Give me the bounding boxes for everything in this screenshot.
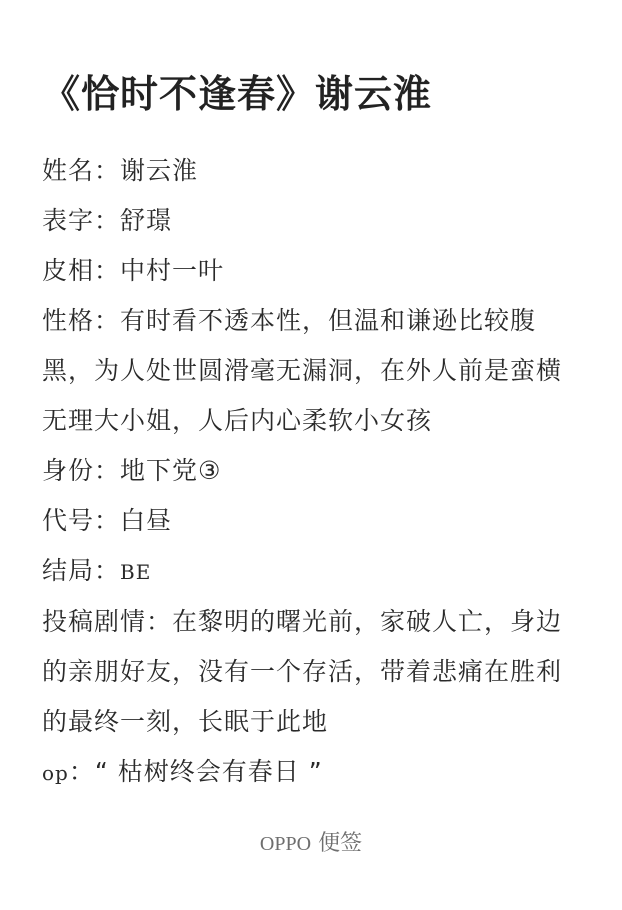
field-label: 皮相 <box>42 256 94 285</box>
field-separator: ： <box>94 256 120 285</box>
field-value: 白昼 <box>120 506 172 535</box>
field-value: 舒璟 <box>120 206 172 235</box>
field-separator: ： <box>146 607 172 636</box>
field-label: 姓名 <box>42 156 94 185</box>
field-ending: 结局：BE <box>42 546 582 597</box>
field-separator: ： <box>94 556 120 585</box>
field-value: “ 枯树终会有春日 ” <box>95 757 323 786</box>
field-label: 性格 <box>42 306 94 335</box>
field-value: 有时看不透本性，但温和谦逊比较腹黑，为人处世圆滑毫无漏洞，在外人前是蛮横无理大小… <box>42 306 562 435</box>
field-value: 中村一叶 <box>120 256 224 285</box>
field-value: 地下党③ <box>120 456 221 485</box>
field-plot: 投稿剧情：在黎明的曙光前，家破人亡，身边的亲朋好友，没有一个存活，带着悲痛在胜利… <box>42 597 582 747</box>
field-separator: ： <box>69 757 95 786</box>
note-title: 《恰时不逢春》谢云淮 <box>42 68 432 120</box>
field-courtesy-name: 表字：舒璟 <box>42 196 582 246</box>
field-label: 代号 <box>42 506 94 535</box>
field-label: 身份 <box>42 456 94 485</box>
app-name: 便签 <box>318 831 362 856</box>
field-op: op：“ 枯树终会有春日 ” <box>42 747 582 798</box>
field-separator: ： <box>94 156 120 185</box>
field-label: op <box>42 761 69 785</box>
field-name: 姓名：谢云淮 <box>42 146 582 196</box>
field-separator: ： <box>94 456 120 485</box>
field-label: 表字 <box>42 206 94 235</box>
field-value: BE <box>120 560 151 584</box>
field-separator: ： <box>94 206 120 235</box>
field-separator: ： <box>94 306 120 335</box>
field-label: 投稿剧情 <box>42 607 146 636</box>
field-face-claim: 皮相：中村一叶 <box>42 246 582 296</box>
field-label: 结局 <box>42 556 94 585</box>
brand-name: OPPO <box>260 833 311 855</box>
field-codename: 代号：白昼 <box>42 496 582 546</box>
field-value: 谢云淮 <box>120 156 198 185</box>
field-identity: 身份：地下党③ <box>42 446 582 496</box>
note-fields: 姓名：谢云淮 表字：舒璟 皮相：中村一叶 性格：有时看不透本性，但温和谦逊比较腹… <box>42 146 582 798</box>
field-separator: ： <box>94 506 120 535</box>
app-watermark: OPPO 便签 <box>0 826 622 857</box>
field-personality: 性格：有时看不透本性，但温和谦逊比较腹黑，为人处世圆滑毫无漏洞，在外人前是蛮横无… <box>42 296 582 446</box>
